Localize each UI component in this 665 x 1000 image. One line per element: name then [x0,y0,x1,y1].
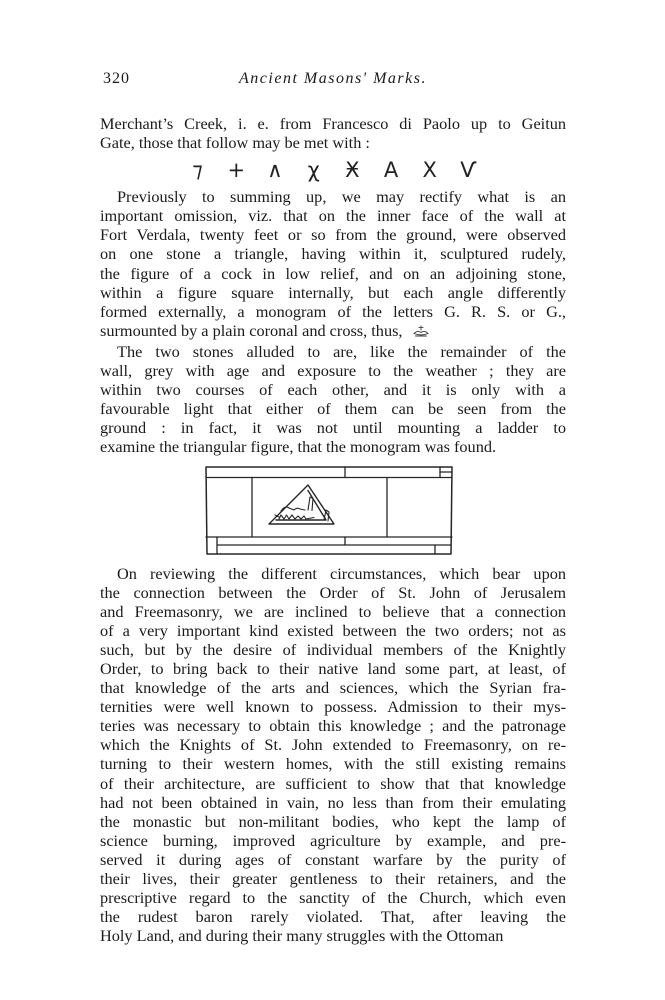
text-line: surmounted by a plain coronal and cross,… [100,321,566,342]
text-line: ternities were well known to possess. Ad… [100,697,566,716]
text-line: Holy Land, and during their many struggl… [100,926,566,945]
barred-saltire-mark-icon: Ӿ [340,155,364,185]
paragraph: Merchant’s Creek, i. e. from Francesco d… [100,114,566,152]
running-title: Ancient Masons' Marks. [100,70,566,88]
paragraph: On reviewing the different circumstances… [100,564,566,946]
text-line: the rudest baron rarely violated. That, … [100,907,566,926]
paragraph: Previously to summing up, we may rectify… [100,187,566,342]
text-line: the connection between the Order of St. … [100,583,566,602]
bottom-course [206,537,452,554]
text-line: served it during ages of constant warfar… [100,850,566,869]
text-line: the figure of a cock in low relief, and … [100,264,566,283]
text-line: Merchant’s Creek, i. e. from Francesco d… [100,114,566,133]
v-with-stem-mark-icon: Ѵ [456,155,480,185]
text-line: the monastic but non-militant bodies, wh… [100,812,566,831]
text-line: that knowledge of the arts and sciences,… [100,678,566,697]
text-line: important omission, viz. that on the inn… [100,206,566,225]
saltire-mark-icon: X [418,155,442,185]
text-line: within two courses of each other, and it… [100,380,566,399]
text-line: Order, to bring back to their native lan… [100,659,566,678]
text-line: within a figure square internally, but e… [100,283,566,302]
text-line: turning to their western homes, with the… [100,754,566,773]
text-line: ground : in fact, it was not until mount… [100,418,566,437]
text-line: of a very important kind existed between… [100,621,566,640]
text-line: Previously to summing up, we may rectify… [100,187,566,206]
wall-outline [206,467,452,554]
text-line: their lives, their greater gentleness to… [100,869,566,888]
paragraph: The two stones alluded to are, like the … [100,342,566,457]
text-line: wall, grey with age and exposure to the … [100,361,566,380]
text-line: had not been obtained in vain, no less t… [100,793,566,812]
middle-course [252,477,387,537]
text-line: such, but by the desire of individual me… [100,640,566,659]
text-line: which the Knights of St. John extended t… [100,735,566,754]
text-line: formed externally, a monogram of the let… [100,302,566,321]
wall-courses-figure [205,465,566,556]
top-course [206,467,452,478]
angled-seven-mark-icon: ⁊ [186,155,210,185]
cock-figure-scribble [275,497,329,521]
text-line: favourable light that either of them can… [100,399,566,418]
text-line: on one stone a triangle, having within i… [100,244,566,263]
text-line: teries was necessary to obtain this know… [100,716,566,735]
text-line: Fort Verdala, twenty feet or so from the… [100,225,566,244]
hooked-saltire-mark-icon: χ [302,155,326,185]
book-page: 320 Ancient Masons' Marks. Merchant’s Cr… [0,0,665,1000]
page-number: 320 [103,70,130,88]
coronal-and-cross-icon [411,323,431,342]
masons-marks-row: ⁊ + ∧ χ Ӿ A X Ѵ [100,155,566,185]
running-head: 320 Ancient Masons' Marks. [100,70,566,92]
text-line: prescriptive regard to the sanctity of t… [100,888,566,907]
text-line: and Freemasonry, we are inclined to beli… [100,602,566,621]
letter-a-mark-icon: A [379,155,403,185]
chevron-mark-icon: ∧ [263,155,287,185]
text-line: The two stones alluded to are, like the … [100,342,566,361]
text-line: of their architecture, are sufficient to… [100,774,566,793]
text-line: Gate, those that follow may be met with … [100,133,566,152]
text-line-content: surmounted by a plain coronal and cross,… [100,321,403,340]
cross-mark-icon: + [224,155,248,185]
text-line: examine the triangular figure, that the … [100,437,566,456]
text-line: science burning, improved agriculture by… [100,831,566,850]
text-line: On reviewing the different circumstances… [100,564,566,583]
